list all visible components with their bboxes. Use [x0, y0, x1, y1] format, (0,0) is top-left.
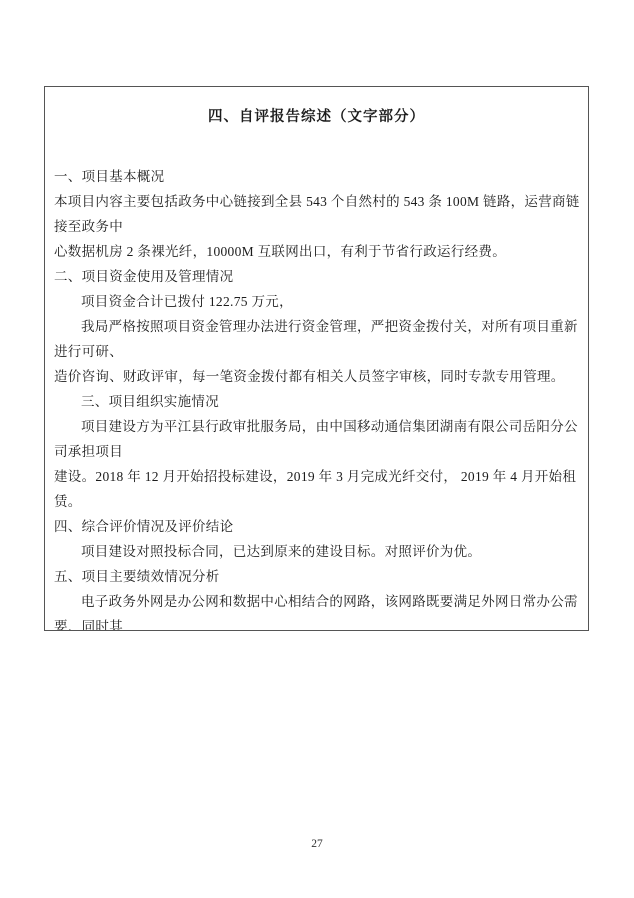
page-number: 27	[0, 838, 634, 850]
paragraph-line: 本项目内容主要包括政务中心链接到全县 543 个自然村的 543 条 100M …	[54, 189, 580, 239]
paragraph-line: 造价咨询、财政评审，每一笔资金拨付都有相关人员签字审核，同时专款专用管理。	[54, 364, 580, 389]
paragraph-line: 电子政务外网是办公网和数据中心相结合的网路，该网路既要满足外网日常办公需要，同时…	[54, 589, 580, 631]
report-title: 四、自评报告综述（文字部分）	[45, 108, 588, 126]
report-body: 一、项目基本概况 本项目内容主要包括政务中心链接到全县 543 个自然村的 54…	[45, 164, 588, 631]
section-heading-4: 四、综合评价情况及评价结论	[54, 514, 580, 539]
paragraph-line: 项目建设对照投标合同，已达到原来的建设目标。对照评价为优。	[54, 539, 580, 564]
section-heading-1: 一、项目基本概况	[54, 164, 580, 189]
section-heading-2: 二、项目资金使用及管理情况	[54, 264, 580, 289]
section-heading-5: 五、项目主要绩效情况分析	[54, 564, 580, 589]
report-box: 四、自评报告综述（文字部分） 一、项目基本概况 本项目内容主要包括政务中心链接到…	[44, 86, 589, 631]
paragraph-line: 项目建设方为平江县行政审批服务局，由中国移动通信集团湖南有限公司岳阳分公司承担项…	[54, 414, 580, 464]
section-heading-3: 三、项目组织实施情况	[54, 389, 580, 414]
paragraph-line: 项目资金合计已拨付 122.75 万元，	[54, 289, 580, 314]
document-page: 四、自评报告综述（文字部分） 一、项目基本概况 本项目内容主要包括政务中心链接到…	[0, 0, 634, 898]
paragraph-line: 我局严格按照项目资金管理办法进行资金管理，严把资金拨付关，对所有项目重新进行可研…	[54, 314, 580, 364]
paragraph-line: 心数据机房 2 条裸光纤，10000M 互联网出口，有利于节省行政运行经费。	[54, 239, 580, 264]
paragraph-line: 建设。2018 年 12 月开始招投标建设，2019 年 3 月完成光纤交付， …	[54, 464, 580, 514]
